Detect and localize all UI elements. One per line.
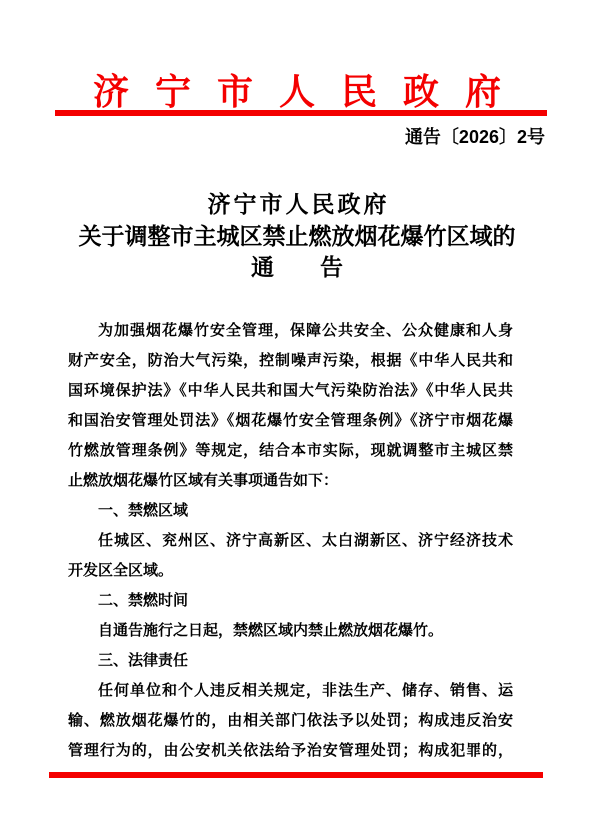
body-line: 止燃放烟花爆竹区域有关事项通告如下：	[68, 466, 513, 496]
document-number: 通告〔2026〕2号	[405, 123, 545, 149]
notice-body: 为加强烟花爆竹安全管理，保障公共安全、公众健康和人身 财产安全，防治大气污染，控…	[68, 316, 513, 766]
body-line: 开发区全区域。	[68, 556, 513, 586]
header-double-red-rule	[55, 110, 547, 116]
body-line: 国环境保护法》《中华人民共和国大气污染防治法》《中华人民共	[68, 376, 513, 406]
body-line: 和国治安管理处罚法》《烟花爆竹安全管理条例》《济宁市烟花爆	[68, 406, 513, 436]
document-title: 济宁市人民政府 关于调整市主城区禁止燃放烟花爆竹区域的 通 告	[0, 189, 594, 283]
body-line: 任城区、兖州区、济宁高新区、太白湖新区、济宁经济技术	[68, 526, 513, 556]
body-line: 管理行为的，由公安机关依法给予治安管理处罚；构成犯罪的，	[68, 736, 513, 766]
section-heading-prohibited-time: 二、禁燃时间	[68, 586, 513, 616]
body-line: 输、燃放烟花爆竹的，由相关部门依法予以处罚；构成违反治安	[68, 706, 513, 736]
body-line: 自通告施行之日起，禁燃区域内禁止燃放烟花爆竹。	[68, 616, 513, 646]
footer-double-red-rule	[49, 772, 543, 778]
section-heading-prohibited-area: 一、禁燃区域	[68, 496, 513, 526]
section-heading-legal-liability: 三、法律责任	[68, 646, 513, 676]
body-line: 竹燃放管理条例》等规定，结合本市实际，现就调整市主城区禁	[68, 436, 513, 466]
issuing-authority-letterhead: 济宁市人民政府	[0, 64, 594, 115]
notice-page: 济宁市人民政府 通告〔2026〕2号 济宁市人民政府 关于调整市主城区禁止燃放烟…	[0, 0, 594, 836]
title-line-subject: 关于调整市主城区禁止燃放烟花爆竹区域的	[0, 221, 594, 252]
body-line: 任何单位和个人违反相关规定，非法生产、储存、销售、运	[68, 676, 513, 706]
title-line-notice-type: 通 告	[0, 252, 594, 283]
body-line: 财产安全，防治大气污染，控制噪声污染，根据《中华人民共和	[68, 346, 513, 376]
title-line-authority: 济宁市人民政府	[0, 189, 594, 221]
body-line: 为加强烟花爆竹安全管理，保障公共安全、公众健康和人身	[68, 316, 513, 346]
